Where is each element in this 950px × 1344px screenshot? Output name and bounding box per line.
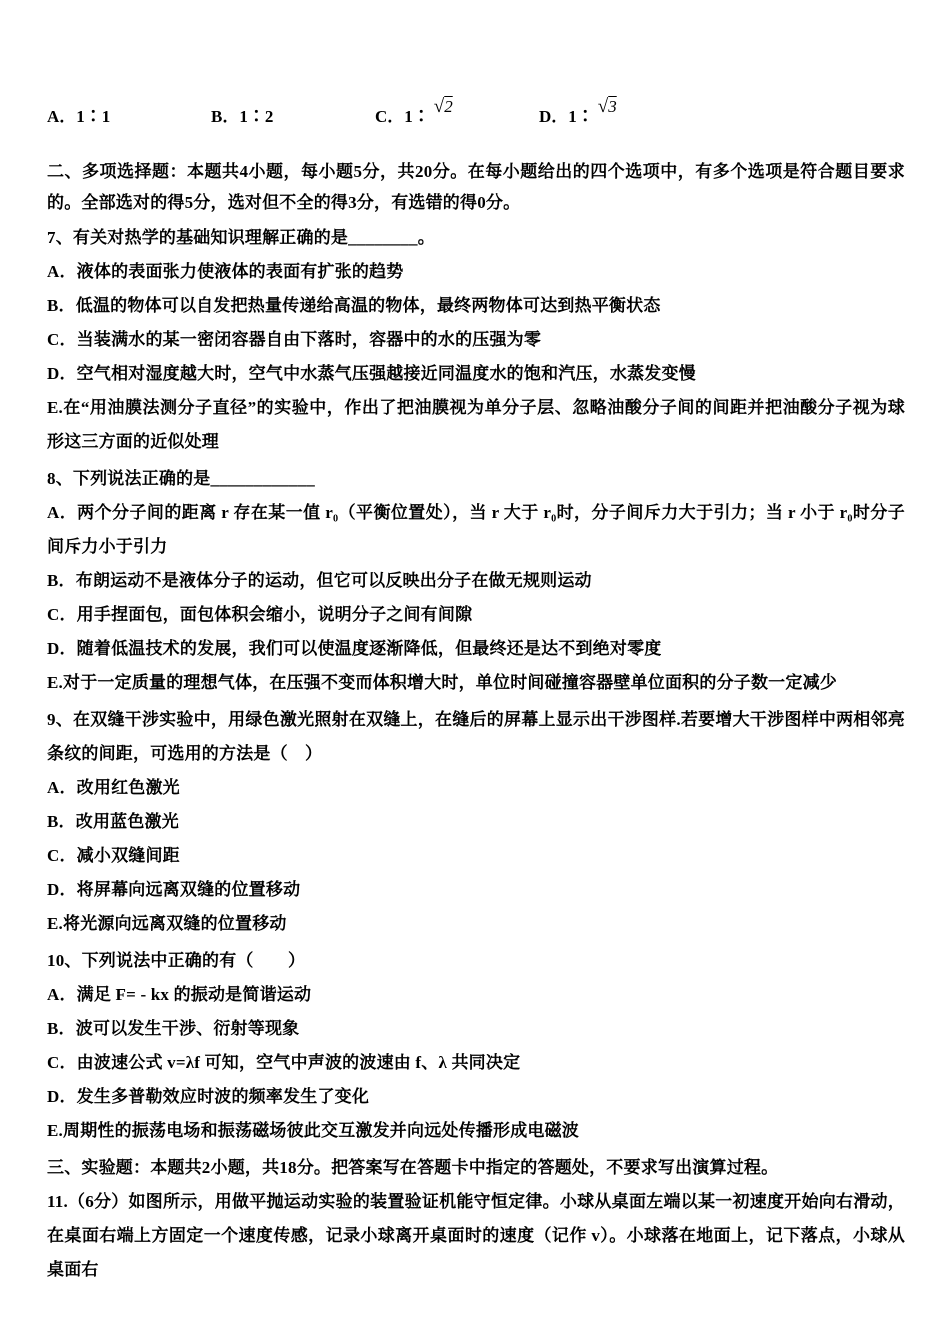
question-8-option-b: B．布朗运动不是液体分子的运动，但它可以反映出分子在做无规则运动 <box>47 564 905 598</box>
question-7-option-b: B．低温的物体可以自发把热量传递给高温的物体，最终两物体可达到热平衡状态 <box>47 289 905 323</box>
question-9-option-d: D．将屏幕向远离双缝的位置移动 <box>47 873 905 907</box>
question-8-option-a: A．两个分子间的距离 r 存在某一值 r₀（平衡位置处），当 r 大于 r₀时，… <box>47 496 905 564</box>
question-11-text: 11.（6分）如图所示，用做平抛运动实验的装置验证机能守恒定律。小球从桌面左端以… <box>47 1185 905 1287</box>
question-10-option-d: D．发生多普勒效应时波的频率发生了变化 <box>47 1080 905 1114</box>
question-10-option-c: C．由波速公式 v=λf 可知，空气中声波的波速由 f、λ 共同决定 <box>47 1046 905 1080</box>
question-7-stem: 7、有关对热学的基础知识理解正确的是________。 <box>47 221 905 255</box>
question-10-option-a: A．满足 F= - kx 的振动是简谐运动 <box>47 978 905 1012</box>
question-8-option-e: E.对于一定质量的理想气体，在压强不变而体积增大时，单位时间碰撞容器壁单位面积的… <box>47 666 905 700</box>
question-10-option-e: E.周期性的振荡电场和振荡磁场彼此交互激发并向远处传播形成电磁波 <box>47 1114 905 1148</box>
top-option-b: B．1∶2 <box>211 100 375 134</box>
question-7: 7、有关对热学的基础知识理解正确的是________。A．液体的表面张力使液体的… <box>47 221 905 459</box>
question-10-option-b: B．波可以发生干涉、衍射等现象 <box>47 1012 905 1046</box>
question-7-option-c: C．当装满水的某一密闭容器自由下落时，容器中的水的压强为零 <box>47 323 905 357</box>
question-8-option-c: C．用手捏面包，面包体积会缩小，说明分子之间有间隙 <box>47 598 905 632</box>
section-3-heading: 三、实验题：本题共2小题，共18分。把答案写在答题卡中指定的答题处，不要求写出演… <box>47 1152 905 1183</box>
question-8: 8、下列说法正确的是____________A．两个分子间的距离 r 存在某一值… <box>47 462 905 700</box>
answer-options-row: A．1∶1B．1∶2C．1∶√2D．1∶√3 <box>47 100 905 134</box>
questions-container: 7、有关对热学的基础知识理解正确的是________。A．液体的表面张力使液体的… <box>47 221 905 1148</box>
top-option-c: C．1∶√2 <box>375 100 539 134</box>
question-9-option-b: B．改用蓝色激光 <box>47 805 905 839</box>
question-7-option-e: E.在“用油膜法测分子直径”的实验中，作出了把油膜视为单分子层、忽略油酸分子间的… <box>47 391 905 459</box>
question-10: 10、下列说法中正确的有（ ）A．满足 F= - kx 的振动是简谐运动B．波可… <box>47 944 905 1148</box>
question-10-stem: 10、下列说法中正确的有（ ） <box>47 944 905 978</box>
top-option-text: D．1∶ <box>539 107 594 126</box>
radicand: 3 <box>608 97 617 116</box>
question-9-option-c: C．减小双缝间距 <box>47 839 905 873</box>
question-8-stem: 8、下列说法正确的是____________ <box>47 462 905 496</box>
section-2-heading: 二、多项选择题：本题共4小题，每小题5分，共20分。在每小题给出的四个选项中，有… <box>47 156 905 218</box>
radicand: 2 <box>444 97 453 116</box>
top-option-text: B．1∶2 <box>211 107 273 126</box>
sqrt-radical: √3 <box>598 97 617 116</box>
question-7-option-d: D．空气相对湿度越大时，空气中水蒸气压强越接近同温度水的饱和汽压，水蒸发变慢 <box>47 357 905 391</box>
question-9-option-e: E.将光源向远离双缝的位置移动 <box>47 907 905 941</box>
question-9-stem: 9、在双缝干涉实验中，用绿色激光照射在双缝上，在缝后的屏幕上显示出干涉图样.若要… <box>47 703 905 771</box>
top-option-text: C．1∶ <box>375 107 430 126</box>
question-9-option-a: A．改用红色激光 <box>47 771 905 805</box>
question-8-option-d: D．随着低温技术的发展，我们可以使温度逐渐降低，但最终还是达不到绝对零度 <box>47 632 905 666</box>
question-7-option-a: A．液体的表面张力使液体的表面有扩张的趋势 <box>47 255 905 289</box>
top-option-text: A．1∶1 <box>47 107 110 126</box>
exam-document-page: A．1∶1B．1∶2C．1∶√2D．1∶√3 二、多项选择题：本题共4小题，每小… <box>0 0 950 1344</box>
sqrt-radical: √2 <box>434 97 453 116</box>
question-9: 9、在双缝干涉实验中，用绿色激光照射在双缝上，在缝后的屏幕上显示出干涉图样.若要… <box>47 703 905 941</box>
top-option-a: A．1∶1 <box>47 100 211 134</box>
top-option-d: D．1∶√3 <box>539 100 617 134</box>
